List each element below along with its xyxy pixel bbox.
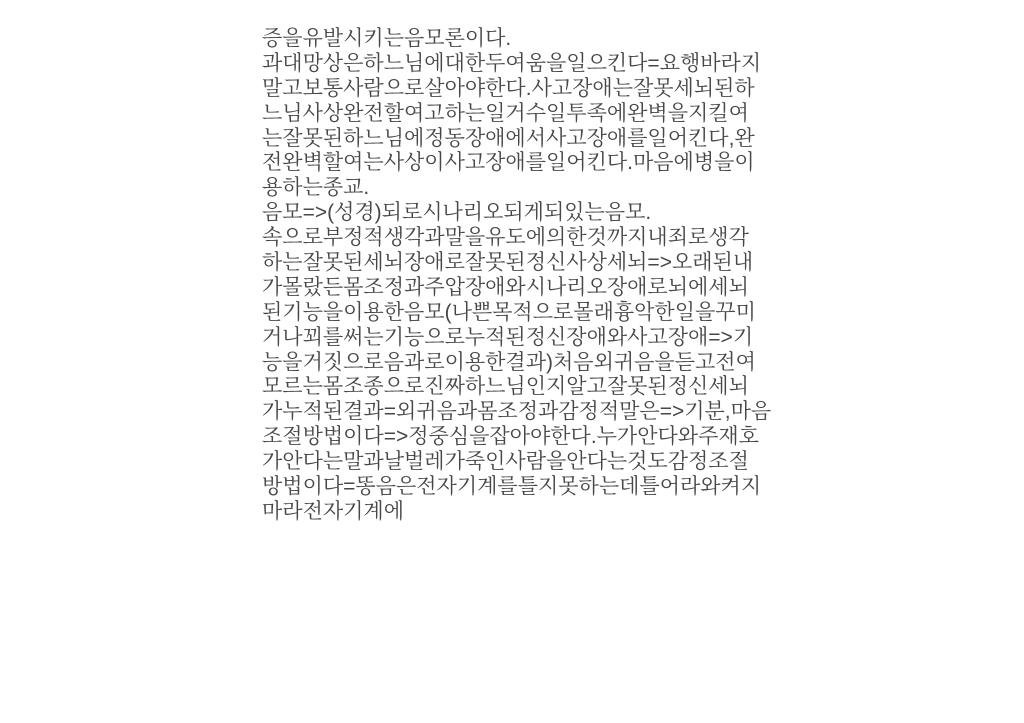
text-line: 용하는종교. — [262, 176, 782, 201]
text-line: 거나꾀를써는기능으로누적된정신장애와사고장애=>기 — [262, 326, 782, 351]
text-line: 느님사상완전할여고하는일거수일투족에완벽을지킬여 — [262, 102, 782, 127]
text-line: 과대망상은하느님에대한두여움을일으킨다=요행바라지 — [262, 52, 782, 77]
text-line: 모르는몸조종으로진짜하느님인지알고잘못된정신세뇌 — [262, 375, 782, 400]
text-line: 가누적된결과=외귀음과몸조정과감정적말은=>기분,마음 — [262, 400, 782, 425]
text-line: 는잘못된하느님에정동장애에서사고장애를일어킨다,완 — [262, 127, 782, 152]
text-line: 가안다는말과날벌레가죽인사람을안다는것도감정조절 — [262, 450, 782, 475]
text-line: 속으로부정적생각과말을유도에의한것까지내죄로생각 — [262, 226, 782, 251]
document-text-block: 증을유발시키는음모론이다. 과대망상은하느님에대한두여움을일으킨다=요행바라지 … — [262, 27, 782, 525]
text-line: 능을거짓으로음과로이용한결과)처음외귀음을듣고전여 — [262, 351, 782, 376]
text-line: 된기능을이용한음모(나쁜목적으로몰래흉악한일을꾸미 — [262, 301, 782, 326]
text-line: 전완벽할여는사상이사고장애를일어킨다.마음에병을이 — [262, 151, 782, 176]
text-line: 방법이다=똥음은전자기계를틀지못하는데틀어라와켜지 — [262, 475, 782, 500]
text-line: 가몰랐든몸조정과주압장애와시나리오장애로뇌에세뇌 — [262, 276, 782, 301]
text-line: 마라전자기계에 — [262, 500, 782, 525]
text-line: 조절방법이다=>정중심을잡아야한다.누가안다와주재호 — [262, 425, 782, 450]
text-line: 하는잘못된세뇌장애로잘못된정신사상세뇌=>오래된내 — [262, 251, 782, 276]
text-line: 말고보통사람으로살아야한다.사고장애는잘못세뇌된하 — [262, 77, 782, 102]
text-line: 음모=>(성경)되로시나리오되게되있는음모. — [262, 201, 782, 226]
text-line: 증을유발시키는음모론이다. — [262, 27, 782, 52]
